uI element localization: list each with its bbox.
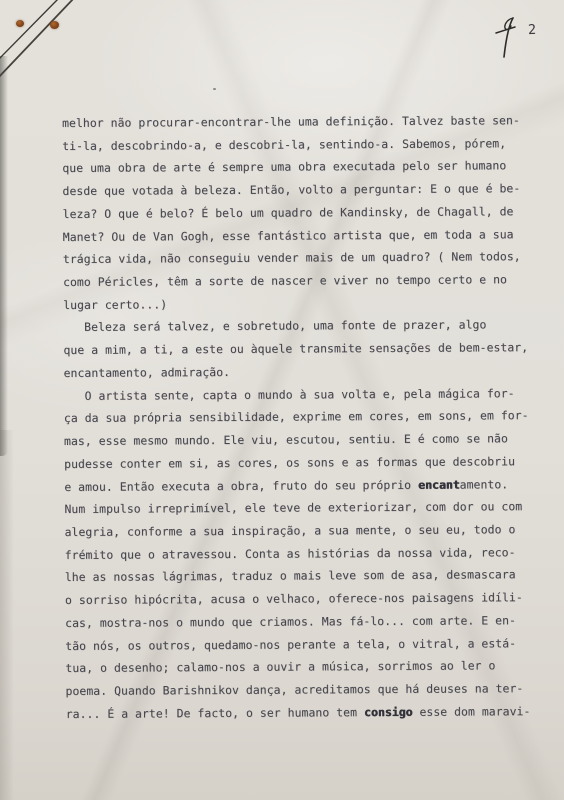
typewritten-text: melhor não procurar-encontrar-lhe uma de…	[62, 109, 536, 725]
rust-stain-dot	[50, 21, 59, 29]
typewritten-line: Beleza será talvez, e sobretudo, uma fon…	[63, 314, 533, 340]
page-edge-shading	[0, 430, 14, 800]
rust-stain-dot	[16, 20, 24, 27]
typewritten-line: tão nós, os outros, quedamo-nos perante …	[65, 632, 535, 658]
typewritten-line: mas, esse mesmo mundo. Ele viu, escutou,…	[64, 427, 534, 453]
typewritten-line: e amou. Então executa a obra, fruto do s…	[64, 473, 534, 499]
typewritten-line: frémito que o atravessou. Conta as histó…	[65, 541, 535, 567]
typewritten-line: Manet? Ou de Van Gogh, esse fantástico a…	[63, 223, 533, 249]
typewritten-line: lhe as nossas lágrimas, traduz o mais le…	[65, 563, 535, 589]
typewritten-line: ra... É a arte! De facto, o ser humano t…	[66, 700, 536, 726]
typewritten-line: trágica vida, não conseguiu vender mais …	[63, 245, 533, 271]
typewritten-line: O artista sente, capta o mundo à sua vol…	[64, 382, 534, 408]
typewritten-line: melhor não procurar-encontrar-lhe uma de…	[62, 109, 532, 135]
handwritten-tick-icon	[494, 15, 520, 61]
typewritten-line: alegria, conforme a sua inspiração, a su…	[64, 518, 534, 544]
typewritten-line: o sorriso hipócrita, acusa o velhaco, of…	[65, 586, 535, 612]
typewritten-line: que a mim, a ti, a este ou àquele transm…	[63, 336, 533, 362]
typewritten-line: tua, o desenho; calamo-nos a ouvir a mús…	[65, 654, 535, 680]
typewritten-line: poema. Quando Barishnikov dança, acredit…	[65, 677, 535, 703]
scanned-typewritten-page: 2 melhor não procurar-encontrar-lhe uma …	[0, 0, 564, 800]
typewritten-line: encantamento, admiração.	[64, 359, 534, 385]
page-number: 2	[528, 22, 537, 38]
typewritten-line: lugar certo...)	[63, 291, 533, 317]
overtyped-word: consigo	[364, 705, 413, 719]
typewritten-line: leza? O que é belo? É belo um quadro de …	[63, 200, 533, 226]
overtyped-word: encant	[418, 477, 460, 491]
typewritten-line: pudesse conter em si, as cores, os sons …	[64, 450, 534, 476]
pen-stroke-lines-icon	[0, 0, 120, 120]
typewritten-line: desde que votada à beleza. Então, volto …	[62, 177, 532, 203]
typewritten-line: ça da sua própria sensibilidade, exprime…	[64, 404, 534, 430]
typewritten-line: cas, mostra-nos o mundo que criamos. Mas…	[65, 609, 535, 635]
typewritten-line: como Péricles, têm a sorte de nascer e v…	[63, 268, 533, 294]
typewritten-line: ti-la, descobrindo-a, e descobri-la, sen…	[62, 132, 532, 158]
typewritten-line: Num impulso irreprimível, ele teve de ex…	[64, 495, 534, 521]
paper-speck	[213, 88, 216, 90]
typewritten-line: que uma obra de arte é sempre uma obra e…	[62, 155, 532, 181]
